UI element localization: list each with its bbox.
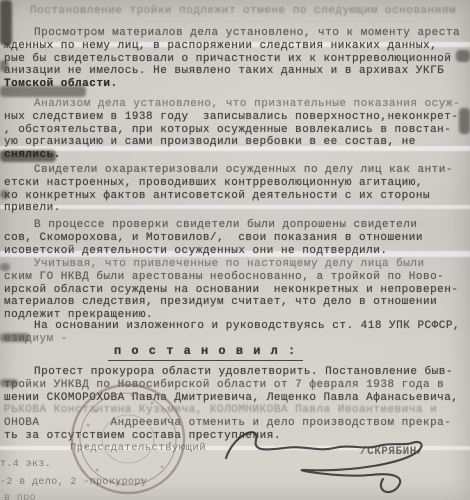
paragraph-2: Анализом дела установлено, что признател… (4, 98, 460, 162)
text-line: исоветской деятельности осужденных они н… (4, 245, 423, 258)
text-line: ных следствием в 1938 году записывались … (4, 111, 460, 124)
text-line: ко конкретных фактов антисоветской деяте… (4, 190, 453, 203)
text-line: привели. (4, 202, 453, 215)
text-line: снялись. (4, 149, 460, 162)
document-scan: Постановление тройки подлежит отмене по … (0, 0, 470, 500)
text-line: Томской области. (4, 78, 460, 91)
text-line: ским ГО НКВД были арестованы необоснован… (4, 271, 458, 284)
text-line: На основании изложенного и руководствуяс… (4, 320, 460, 333)
text-line: ую организацию и сами производили вербов… (4, 136, 460, 149)
text-line: , обстоятельства, при которых осужденные… (4, 124, 460, 137)
distribution-note: -2 в дело, 2 -прокурору (0, 477, 147, 488)
text-line: Учитывая, что привлеченные по настоящему… (4, 258, 458, 271)
text-line: ирской области осуждены на основании нек… (4, 284, 458, 297)
intro-line: Постановление тройки подлежит отмене по … (4, 5, 456, 17)
text-line: Протест прокурора области удовлетворить.… (4, 366, 458, 379)
paragraph-3: Свидетели охарактеризовали осужденных по… (4, 164, 453, 215)
closing-statement: На основании изложенного и руководствуяс… (4, 320, 460, 346)
text-line: рые бы свидетельствовали о причастности … (4, 53, 460, 66)
text-line: етски настроенных, проводивших контррево… (4, 177, 453, 190)
text-line: Свидетели охарактеризовали осужденных по… (4, 164, 453, 177)
paragraph-5: Учитывая, что привлеченные по настоящему… (4, 258, 458, 322)
text-line: жденных по нему лиц, в распоряжении след… (4, 40, 460, 53)
paragraph-4: В процессе проверки свидетели были допро… (4, 219, 423, 257)
resolution-heading: п о с т а н о в и л : (108, 344, 303, 361)
text-line: Анализом дела установлено, что признател… (4, 98, 460, 111)
text-line: анизации не имелось. Не выявлено таких д… (4, 65, 460, 78)
distribution-note-partial: в про (4, 493, 36, 500)
chairman-label: Председательствующий (70, 442, 206, 454)
text-line: сов, Скоморохова, и Мотовилов/, свои пок… (4, 232, 423, 245)
text-line: материалов следствия, президиум считает,… (4, 296, 458, 309)
ink-smudge (459, 108, 470, 134)
paragraph-1: Просмотром материалов дела установлено, … (4, 27, 460, 91)
text-line: В процессе проверки свидетели были допро… (4, 219, 423, 232)
copies-note: т.4 экз. (0, 459, 51, 470)
signatory-name: /СКРЯБИН/ (360, 446, 424, 458)
text-line: Просмотром материалов дела установлено, … (4, 27, 460, 40)
